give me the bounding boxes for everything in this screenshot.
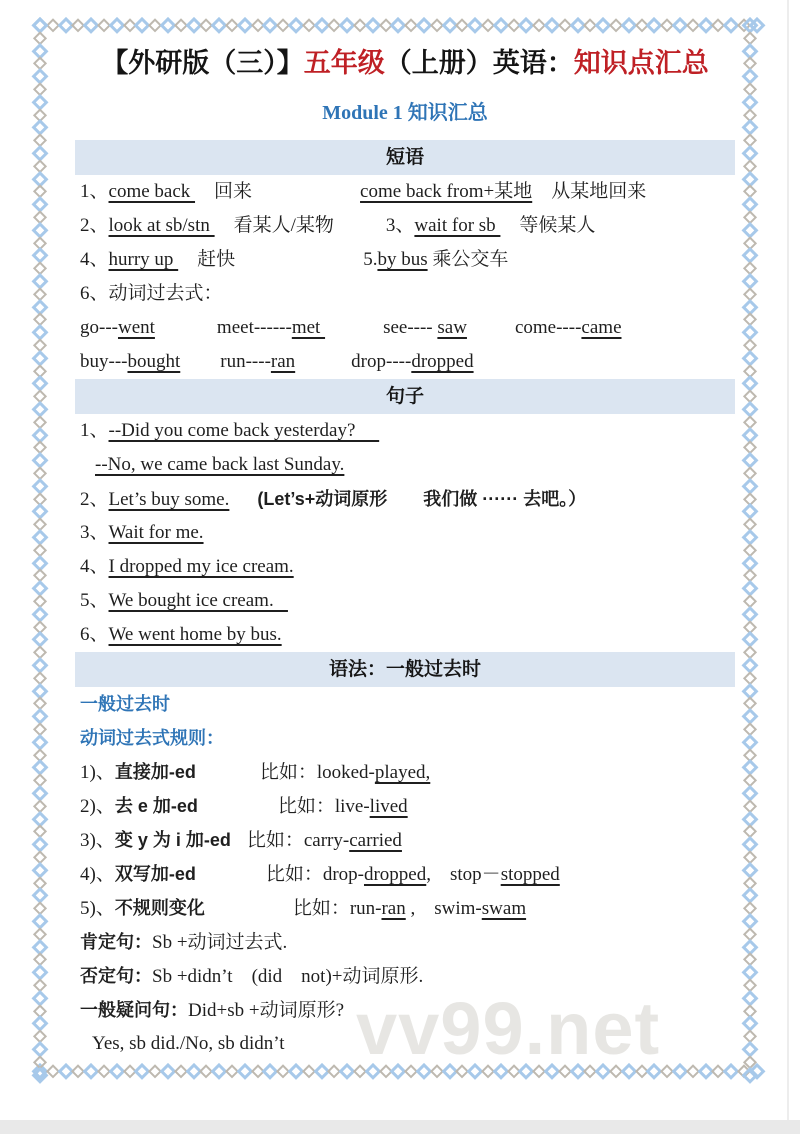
diamond-ornament <box>743 313 756 326</box>
diamond-ornament <box>33 1055 46 1068</box>
diamond-ornament <box>33 1029 46 1042</box>
diamond-ornament <box>737 18 750 31</box>
diamond-ornament <box>743 978 756 991</box>
text-segment: lived <box>370 796 408 817</box>
text-line: 3、Wait for me. <box>75 516 735 550</box>
diamond-ornament <box>743 799 756 812</box>
diamond-ornament <box>262 17 278 33</box>
diamond-ornament <box>302 18 315 31</box>
diamond-ornament <box>532 18 545 31</box>
diamond-ornament <box>32 1066 48 1082</box>
diamond-ornament <box>33 799 46 812</box>
diamond-ornament <box>742 426 758 442</box>
text-segment: 直接加-ed <box>115 762 196 782</box>
diamond-ornament <box>109 17 125 33</box>
diamond-ornament <box>672 1063 688 1079</box>
diamond-ornament <box>712 1064 725 1077</box>
diamond-ornament <box>558 18 571 31</box>
diamond-ornament <box>185 1063 201 1079</box>
diamond-ornament <box>742 94 758 110</box>
diamond-ornament <box>262 1063 278 1079</box>
diamond-ornament <box>743 825 756 838</box>
diamond-ornament <box>742 810 758 826</box>
diamond-ornament <box>743 261 756 274</box>
text-line: 2)、去 e 加-ed比如：live-lived <box>75 789 735 823</box>
diamond-ornament <box>174 1064 187 1077</box>
diamond-ornament <box>743 876 756 889</box>
diamond-ornament <box>621 17 637 33</box>
diamond-ornament <box>33 620 46 633</box>
diamond-ornament <box>742 170 758 186</box>
text-segment: dropped <box>411 351 473 372</box>
page-content: 【外研版（三）】五年级（上册）英语：知识点汇总 Module 1 知识汇总 短语… <box>75 38 735 1061</box>
diamond-ornament <box>353 18 366 31</box>
diamond-ornament <box>148 18 161 31</box>
diamond-ornament <box>743 133 756 146</box>
diamond-ornament <box>743 466 756 479</box>
diamond-ornament <box>742 862 758 878</box>
diamond-ornament <box>33 338 46 351</box>
diamond-ornament <box>33 594 46 607</box>
text-segment: went <box>118 317 155 338</box>
text-segment: came <box>581 317 621 338</box>
diamond-ornament <box>32 68 48 84</box>
diamond-ornament <box>32 375 48 391</box>
text-segment: drop---- <box>351 351 411 372</box>
diamond-ornament <box>288 1063 304 1079</box>
diamond-ornament <box>743 57 756 70</box>
diamond-ornament <box>379 18 392 31</box>
text-segment: Let’s buy some. <box>109 489 230 510</box>
diamond-ornament <box>33 159 46 172</box>
title-segment-red-1: 五年级 <box>304 48 385 78</box>
text-segment: 不规则变化 <box>115 898 205 918</box>
diamond-ornament <box>32 17 48 33</box>
text-line: 6、We went home by bus. <box>75 618 735 652</box>
title-segment-black-2: （上册）英语： <box>385 48 574 78</box>
diamond-ornament <box>33 543 46 556</box>
diamond-ornament <box>742 42 758 58</box>
text-segment: saw <box>437 317 467 338</box>
text-line: 1、--Did you come back yesterday? <box>75 414 735 448</box>
title-segment-red-2: 知识点汇总 <box>574 48 709 78</box>
diamond-ornament <box>123 18 136 31</box>
diamond-ornament <box>518 17 534 33</box>
diamond-ornament <box>32 401 48 417</box>
text-segment: 从某地回来 <box>532 181 646 202</box>
diamond-ornament <box>742 503 758 519</box>
diamond-ornament <box>743 901 756 914</box>
diamond-ornament <box>32 350 48 366</box>
diamond-ornament <box>743 543 756 556</box>
diamond-ornament <box>742 196 758 212</box>
text-segment: Yes, sb did./No, sb didn’t <box>92 1033 285 1054</box>
diamond-ornament <box>743 31 756 44</box>
diamond-ornament <box>743 1055 756 1068</box>
diamond-ornament <box>123 1064 136 1077</box>
diamond-ornament <box>328 18 341 31</box>
text-segment: run---- <box>220 351 271 372</box>
text-segment: 6、动词过去式： <box>80 283 223 304</box>
diamond-ornament <box>211 17 227 33</box>
diamond-ornament <box>57 1063 73 1079</box>
diamond-ornament <box>237 1063 253 1079</box>
diamond-ornament <box>160 1063 176 1079</box>
diamond-ornament <box>32 580 48 596</box>
text-segment: carried <box>349 830 402 851</box>
diamond-ornament <box>185 17 201 33</box>
diamond-ornament <box>743 364 756 377</box>
text-segment: come---- <box>515 317 581 338</box>
text-segment: 肯定句： <box>80 932 152 952</box>
text-segment: 3)、 <box>80 830 115 851</box>
viewer-page-gap <box>0 1120 800 1134</box>
diamond-ornament <box>33 953 46 966</box>
diamond-ornament <box>742 964 758 980</box>
section-header-label: 语法：一般过去时 <box>329 659 481 680</box>
diamond-ornament <box>134 1063 150 1079</box>
diamond-ornament <box>743 108 756 121</box>
diamond-ornament <box>32 785 48 801</box>
diamond-ornament <box>134 17 150 33</box>
diamond-ornament <box>32 324 48 340</box>
diamond-ornament <box>313 17 329 33</box>
diamond-ornament <box>72 18 85 31</box>
diamond-ornament <box>32 119 48 135</box>
diamond-ornament <box>686 18 699 31</box>
diamond-ornament <box>57 17 73 33</box>
text-segment: Wait for me. <box>109 522 204 543</box>
diamond-ornament <box>742 836 758 852</box>
text-segment: 一般疑问句： <box>80 1000 188 1020</box>
text-segment: 6、 <box>80 624 109 645</box>
diamond-ornament <box>32 734 48 750</box>
diamond-ornament <box>742 785 758 801</box>
module-subtitle: Module 1 知识汇总 <box>75 90 735 140</box>
diamond-ornament <box>742 1041 758 1057</box>
text-segment: 乘公交车 <box>428 249 509 270</box>
diamond-ornament <box>32 426 48 442</box>
diamond-ornament <box>302 1064 315 1077</box>
diamond-ornament <box>33 415 46 428</box>
diamond-ornament <box>743 748 756 761</box>
text-line: --No, we came back last Sunday. <box>75 448 735 482</box>
text-segment: swam <box>482 898 526 919</box>
text-segment: 1、 <box>80 420 109 441</box>
diamond-ornament <box>251 18 264 31</box>
diamond-ornament <box>660 1064 673 1077</box>
diamond-ornament <box>33 569 46 582</box>
diamond-ornament <box>742 708 758 724</box>
diamond-ornament <box>742 68 758 84</box>
diamond-ornament <box>742 375 758 391</box>
text-segment: dropped <box>364 864 426 885</box>
text-segment: 比如：carry- <box>247 830 349 851</box>
diamond-ornament <box>749 17 765 33</box>
text-segment: 2)、 <box>80 796 115 817</box>
diamond-ornament <box>749 1063 765 1079</box>
page-right-edge <box>787 0 789 1120</box>
text-segment: 4、 <box>80 556 109 577</box>
text-segment: We went home by bus. <box>109 624 282 645</box>
diamond-ornament <box>32 913 48 929</box>
text-segment: I dropped my ice cream. <box>109 556 294 577</box>
text-segment: 赶快 <box>178 249 235 270</box>
text-line: 一般疑问句：Did+sb +动词原形? <box>75 993 735 1027</box>
section-header: 句子 <box>75 379 735 414</box>
text-segment: 2、 <box>80 215 109 236</box>
text-segment: 1)、 <box>80 762 115 783</box>
diamond-ornament <box>33 825 46 838</box>
text-segment: 5)、 <box>80 898 115 919</box>
text-segment: 比如：run- <box>293 898 382 919</box>
diamond-ornament <box>742 145 758 161</box>
diamond-ornament <box>672 17 688 33</box>
diamond-ornament <box>609 18 622 31</box>
diamond-ornament <box>32 606 48 622</box>
text-segment: go--- <box>80 317 118 338</box>
diamond-ornament <box>32 682 48 698</box>
diamond-ornament <box>33 389 46 402</box>
section-header: 短语 <box>75 140 735 175</box>
diamond-ornament <box>742 298 758 314</box>
text-segment: stopped <box>501 864 560 885</box>
text-segment: come back from+某地 <box>360 181 532 202</box>
diamond-ornament <box>742 580 758 596</box>
diamond-ornament <box>595 17 611 33</box>
text-segment: bought <box>127 351 180 372</box>
page-title: 【外研版（三）】五年级（上册）英语：知识点汇总 <box>75 38 735 90</box>
diamond-ornament <box>32 452 48 468</box>
text-segment: 否定句： <box>80 966 152 986</box>
text-segment: 看某人/某物 <box>215 215 334 236</box>
diamond-ornament <box>742 631 758 647</box>
diamond-ornament <box>33 185 46 198</box>
diamond-ornament <box>742 273 758 289</box>
diamond-ornament <box>109 1063 125 1079</box>
text-segment: by bus <box>377 249 427 270</box>
diamond-ornament <box>97 18 110 31</box>
diamond-ornament <box>33 850 46 863</box>
text-segment: , swim- <box>406 898 482 919</box>
diamond-ornament <box>742 990 758 1006</box>
text-segment: ran <box>271 351 295 372</box>
text-segment: Did+sb +动词原形? <box>188 1000 344 1021</box>
diamond-ornament <box>32 145 48 161</box>
diamond-ornament <box>660 18 673 31</box>
diamond-ornament <box>32 964 48 980</box>
diamond-ornament <box>743 620 756 633</box>
diamond-ornament <box>33 133 46 146</box>
diamond-ornament <box>46 18 59 31</box>
text-line: 1)、直接加-ed比如：looked-played, <box>75 755 735 789</box>
diamond-ornament <box>32 170 48 186</box>
diamond-ornament <box>32 1041 48 1057</box>
diamond-ornament <box>743 185 756 198</box>
diamond-ornament <box>584 18 597 31</box>
diamond-ornament <box>743 722 756 735</box>
diamond-ornament <box>32 17 48 33</box>
diamond-ornament <box>742 247 758 263</box>
text-segment: met <box>292 317 325 338</box>
text-segment: wait for sb <box>414 215 500 236</box>
diamond-ornament <box>32 810 48 826</box>
diamond-ornament <box>32 503 48 519</box>
text-line: 一般过去时 <box>75 687 735 721</box>
diamond-ornament <box>33 748 46 761</box>
text-segment: ran <box>381 898 405 919</box>
diamond-ornament <box>697 1063 713 1079</box>
text-line: buy---boughtrun----randrop----dropped <box>75 345 735 379</box>
diamond-ornament <box>743 697 756 710</box>
text-line: go---wentmeet------met see---- sawcome--… <box>75 311 735 345</box>
diamond-ornament <box>743 645 756 658</box>
diamond-ornament <box>507 18 520 31</box>
diamond-ornament <box>743 415 756 428</box>
diamond-ornament <box>742 759 758 775</box>
diamond-ornament <box>33 773 46 786</box>
diamond-ornament <box>32 631 48 647</box>
text-line: 1、come back 回来come back from+某地 从某地回来 <box>75 175 735 209</box>
text-line: 2、look at sb/stn 看某人/某物3、wait for sb 等候某… <box>75 209 735 243</box>
diamond-ornament <box>743 773 756 786</box>
diamond-ornament <box>742 657 758 673</box>
diamond-ornament <box>251 1064 264 1077</box>
diamond-ornament <box>743 236 756 249</box>
section-header: 语法：一般过去时 <box>75 652 735 687</box>
diamond-ornament <box>742 478 758 494</box>
diamond-ornament <box>743 517 756 530</box>
text-line: 4)、双写加-ed比如：drop-dropped, stop－stopped <box>75 857 735 891</box>
text-segment: 一般过去时 <box>80 694 170 714</box>
diamond-ornament <box>33 313 46 326</box>
diamond-ornament <box>441 17 457 33</box>
diamond-ornament <box>742 913 758 929</box>
diamond-ornament <box>743 338 756 351</box>
diamond-ornament <box>712 18 725 31</box>
diamond-ornament <box>32 657 48 673</box>
text-segment: come back <box>109 181 196 202</box>
diamond-ornament <box>46 1064 59 1077</box>
diamond-ornament <box>32 554 48 570</box>
text-segment: Sb +动词过去式. <box>152 932 287 953</box>
diamond-ornament <box>33 876 46 889</box>
text-segment: 3、 <box>80 522 109 543</box>
text-line: 2、Let’s buy some.(Let’s+动词原形 我们做 ······ … <box>75 482 735 516</box>
diamond-ornament <box>404 18 417 31</box>
diamond-ornament <box>83 17 99 33</box>
diamond-ornament <box>32 222 48 238</box>
diamond-ornament <box>467 17 483 33</box>
diamond-ornament <box>723 17 739 33</box>
diamond-ornament <box>276 18 289 31</box>
diamond-ornament <box>200 18 213 31</box>
diamond-ornament <box>742 554 758 570</box>
diamond-ornament <box>32 708 48 724</box>
diamond-ornament <box>276 1064 289 1077</box>
diamond-ornament <box>743 1029 756 1042</box>
diamond-ornament <box>456 18 469 31</box>
diamond-ornament <box>33 517 46 530</box>
diamond-ornament <box>225 18 238 31</box>
section-header-label: 短语 <box>386 147 424 168</box>
diamond-ornament <box>742 222 758 238</box>
diamond-ornament <box>743 82 756 95</box>
text-segment: hurry up <box>109 249 179 270</box>
diamond-ornament <box>742 682 758 698</box>
diamond-ornament <box>32 42 48 58</box>
diamond-ornament <box>33 978 46 991</box>
diamond-ornament <box>160 17 176 33</box>
diamond-ornament <box>569 17 585 33</box>
diamond-ornament <box>33 108 46 121</box>
diamond-ornament <box>237 17 253 33</box>
diamond-ornament <box>743 287 756 300</box>
text-segment: (Let’s+动词原形 我们做 ······ 去吧。） <box>257 489 586 509</box>
diamond-ornament <box>32 478 48 494</box>
diamond-ornament <box>742 887 758 903</box>
diamond-ornament <box>742 324 758 340</box>
diamond-ornament <box>72 1064 85 1077</box>
diamond-ornament <box>365 17 381 33</box>
text-segment: 去 e 加-ed <box>115 796 198 816</box>
diamond-ornament <box>743 159 756 172</box>
title-segment-black-1: 【外研版（三）】 <box>101 48 304 78</box>
diamond-ornament <box>33 645 46 658</box>
text-segment: We bought ice cream. <box>109 590 288 611</box>
text-segment: look at sb/stn <box>109 215 215 236</box>
text-segment: 4)、 <box>80 864 115 885</box>
diamond-ornament <box>737 1064 750 1077</box>
text-segment: 2、 <box>80 489 109 510</box>
diamond-ornament <box>33 236 46 249</box>
diamond-ornament <box>32 759 48 775</box>
diamond-ornament <box>339 17 355 33</box>
diamond-ornament <box>33 466 46 479</box>
text-segment: 5、 <box>80 590 109 611</box>
diamond-ornament <box>32 94 48 110</box>
diamond-ornament <box>32 836 48 852</box>
text-line: 5、We bought ice cream. <box>75 584 735 618</box>
diamond-ornament <box>32 298 48 314</box>
diamond-ornament <box>723 1063 739 1079</box>
text-segment: 动词过去式规则： <box>80 728 224 748</box>
diamond-ornament <box>174 18 187 31</box>
diamond-ornament <box>743 850 756 863</box>
text-line: 4、I dropped my ice cream. <box>75 550 735 584</box>
diamond-ornament <box>742 1066 758 1082</box>
text-segment: 变 y 为 i 加-ed <box>115 830 231 850</box>
diamond-ornament <box>646 17 662 33</box>
diamond-ornament <box>32 887 48 903</box>
diamond-ornament <box>743 671 756 684</box>
diamond-ornament <box>32 247 48 263</box>
text-line: 5)、不规则变化比如：run-ran , swim-swam <box>75 891 735 925</box>
text-segment: played, <box>375 762 430 783</box>
text-segment: 3、 <box>386 215 415 236</box>
diamond-ornament <box>33 1004 46 1017</box>
diamond-ornament <box>32 862 48 878</box>
text-segment: 1、 <box>80 181 109 202</box>
diamond-ornament <box>148 1064 161 1077</box>
text-segment: --Did you come back yesterday? <box>109 420 380 441</box>
diamond-ornament <box>33 364 46 377</box>
text-line: 3)、变 y 为 i 加-ed比如：carry-carried <box>75 823 735 857</box>
diamond-ornament <box>743 953 756 966</box>
diamond-ornament <box>416 17 432 33</box>
diamond-ornament <box>743 389 756 402</box>
diamond-ornament <box>493 17 509 33</box>
